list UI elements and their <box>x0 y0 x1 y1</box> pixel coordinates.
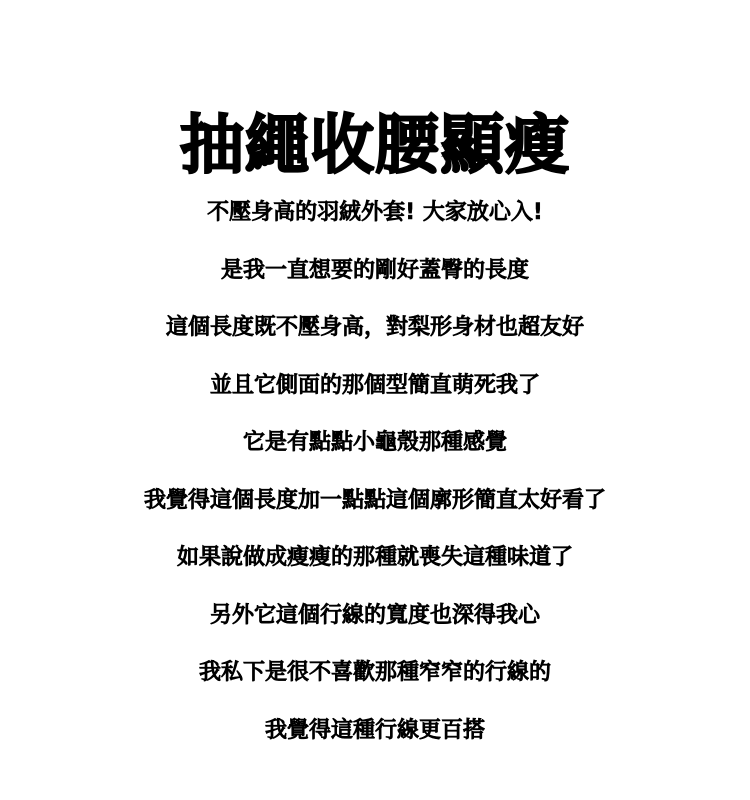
page-title: 抽繩收腰顯瘦 <box>0 105 750 187</box>
text-line: 它是有點點小龜殼那種感覺 <box>0 428 750 486</box>
text-line: 不壓身高的羽絨外套! 大家放心入! <box>0 198 750 256</box>
text-line: 我覺得這種行線更百搭 <box>0 716 750 774</box>
text-line: 並且它側面的那個型簡直萌死我了 <box>0 371 750 429</box>
text-line: 我私下是很不喜歡那種窄窄的行線的 <box>0 658 750 716</box>
text-line: 是我一直想要的剛好蓋臀的長度 <box>0 256 750 314</box>
description-text-block: 不壓身高的羽絨外套! 大家放心入! 是我一直想要的剛好蓋臀的長度 這個長度既不壓… <box>0 198 750 773</box>
text-line: 如果說做成瘦瘦的那種就喪失這種味道了 <box>0 543 750 601</box>
text-line: 我覺得這個長度加一點點這個廓形簡直太好看了 <box>0 486 750 544</box>
text-line: 另外它這個行線的寬度也深得我心 <box>0 601 750 659</box>
text-line: 這個長度既不壓身高，對梨形身材也超友好 <box>0 313 750 371</box>
